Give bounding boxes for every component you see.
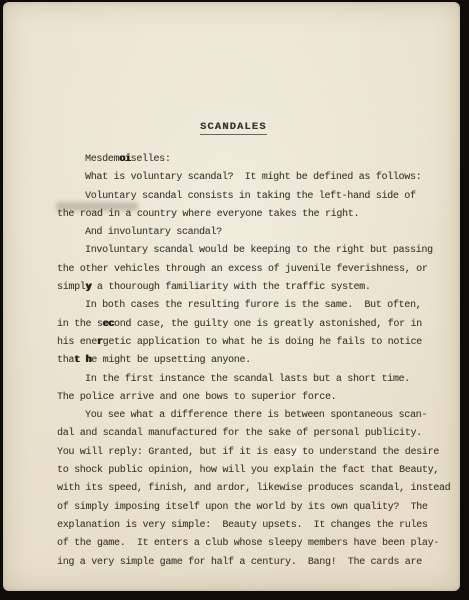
text-line: that he might be upsetting anyone.: [57, 352, 456, 370]
text-segment: tha: [57, 355, 74, 366]
typewritten-text-block: SCANDALES Mesdemoiselles:What is volunta…: [57, 121, 456, 572]
text-segment: In both cases the resulting furore is th…: [85, 300, 421, 311]
text-segment: the other vehicles through an excess of …: [57, 264, 428, 275]
text-segment: dal and scandal manufactured for the sak…: [57, 428, 422, 439]
overstruck-text: oi: [119, 154, 130, 165]
text-line: ing a very simple game for half a centur…: [57, 554, 456, 572]
text-segment: ond case, the guilty one is greatly asto…: [114, 319, 422, 330]
text-line: simply a thourough familiarity with the …: [57, 279, 456, 297]
text-segment: in the s: [57, 319, 103, 330]
text-segment: with its speed, finish, and ardor, likew…: [57, 483, 450, 494]
text-segment: And involuntary scandal?: [85, 227, 222, 238]
text-line: in the second case, the guilty one is gr…: [57, 316, 456, 334]
text-segment: Involuntary scandal would be keeping to …: [85, 245, 433, 256]
text-line: the other vehicles through an excess of …: [57, 261, 456, 279]
text-line: And involuntary scandal?: [57, 224, 456, 242]
text-segment: a thourough familiarity with the traffic…: [91, 282, 370, 293]
text-segment: the road in a country where everyone tak…: [57, 209, 359, 220]
text-line: In the first instance the scandal lasts …: [57, 371, 456, 389]
text-line: Involuntary scandal would be keeping to …: [57, 242, 456, 260]
text-line: The police arrive and one bows to superi…: [57, 389, 456, 407]
text-line: of the game. It enters a club whose slee…: [57, 535, 456, 553]
text-segment: Voluntary scandal consists in taking the…: [85, 191, 416, 202]
text-line: explanation is very simple: Beauty upset…: [57, 517, 456, 535]
text-segment: e might be upsetting anyone.: [91, 355, 251, 366]
scanned-document-photo: { "scan": { "background_color": "#0e0c09…: [0, 0, 469, 600]
overstruck-text: ec: [103, 319, 114, 330]
text-segment: What is voluntary scandal? It might be d…: [85, 172, 421, 183]
text-segment: In the first instance the scandal lasts …: [85, 374, 410, 385]
text-segment: selles:: [131, 154, 171, 165]
text-segment: of simply imposing itself upon the world…: [57, 502, 428, 513]
text-segment: of the game. It enters a club whose slee…: [57, 538, 439, 549]
document-body: Mesdemoiselles:What is voluntary scandal…: [57, 151, 456, 572]
text-segment: The police arrive and one bows to superi…: [57, 392, 336, 403]
text-line: to shock public opinion, how will you ex…: [57, 462, 456, 480]
text-segment: his ene: [57, 337, 97, 348]
text-line: dal and scandal manufactured for the sak…: [57, 425, 456, 443]
text-line: In both cases the resulting furore is th…: [57, 297, 456, 315]
text-segment: Mesdem: [85, 154, 119, 165]
paper-speck: [103, 2, 108, 5]
text-segment: explanation is very simple: Beauty upset…: [57, 520, 428, 531]
document-page: SCANDALES Mesdemoiselles:What is volunta…: [3, 2, 460, 591]
text-line: his energetic application to what he is …: [57, 334, 456, 352]
text-line: the road in a country where everyone tak…: [57, 206, 456, 224]
text-segment: to shock public opinion, how will you ex…: [57, 465, 439, 476]
overstruck-text: t h: [74, 355, 91, 366]
text-line: You will reply: Granted, but if it is ea…: [57, 444, 456, 462]
text-segment: simpl: [57, 282, 86, 293]
text-line: Voluntary scandal consists in taking the…: [57, 188, 456, 206]
text-line: of simply imposing itself upon the world…: [57, 499, 456, 517]
text-line: What is voluntary scandal? It might be d…: [57, 169, 456, 187]
text-line: with its speed, finish, and ardor, likew…: [57, 480, 456, 498]
text-line: Mesdemoiselles:: [57, 151, 456, 169]
text-segment: ing a very simple game for half a centur…: [57, 557, 422, 568]
text-segment: You see what a difference there is betwe…: [85, 410, 427, 421]
document-title: SCANDALES: [200, 121, 267, 135]
text-line: You see what a difference there is betwe…: [57, 407, 456, 425]
text-segment: You will reply: Granted, but if it is ea…: [57, 447, 439, 458]
text-segment: getic application to what he is doing he…: [103, 337, 422, 348]
